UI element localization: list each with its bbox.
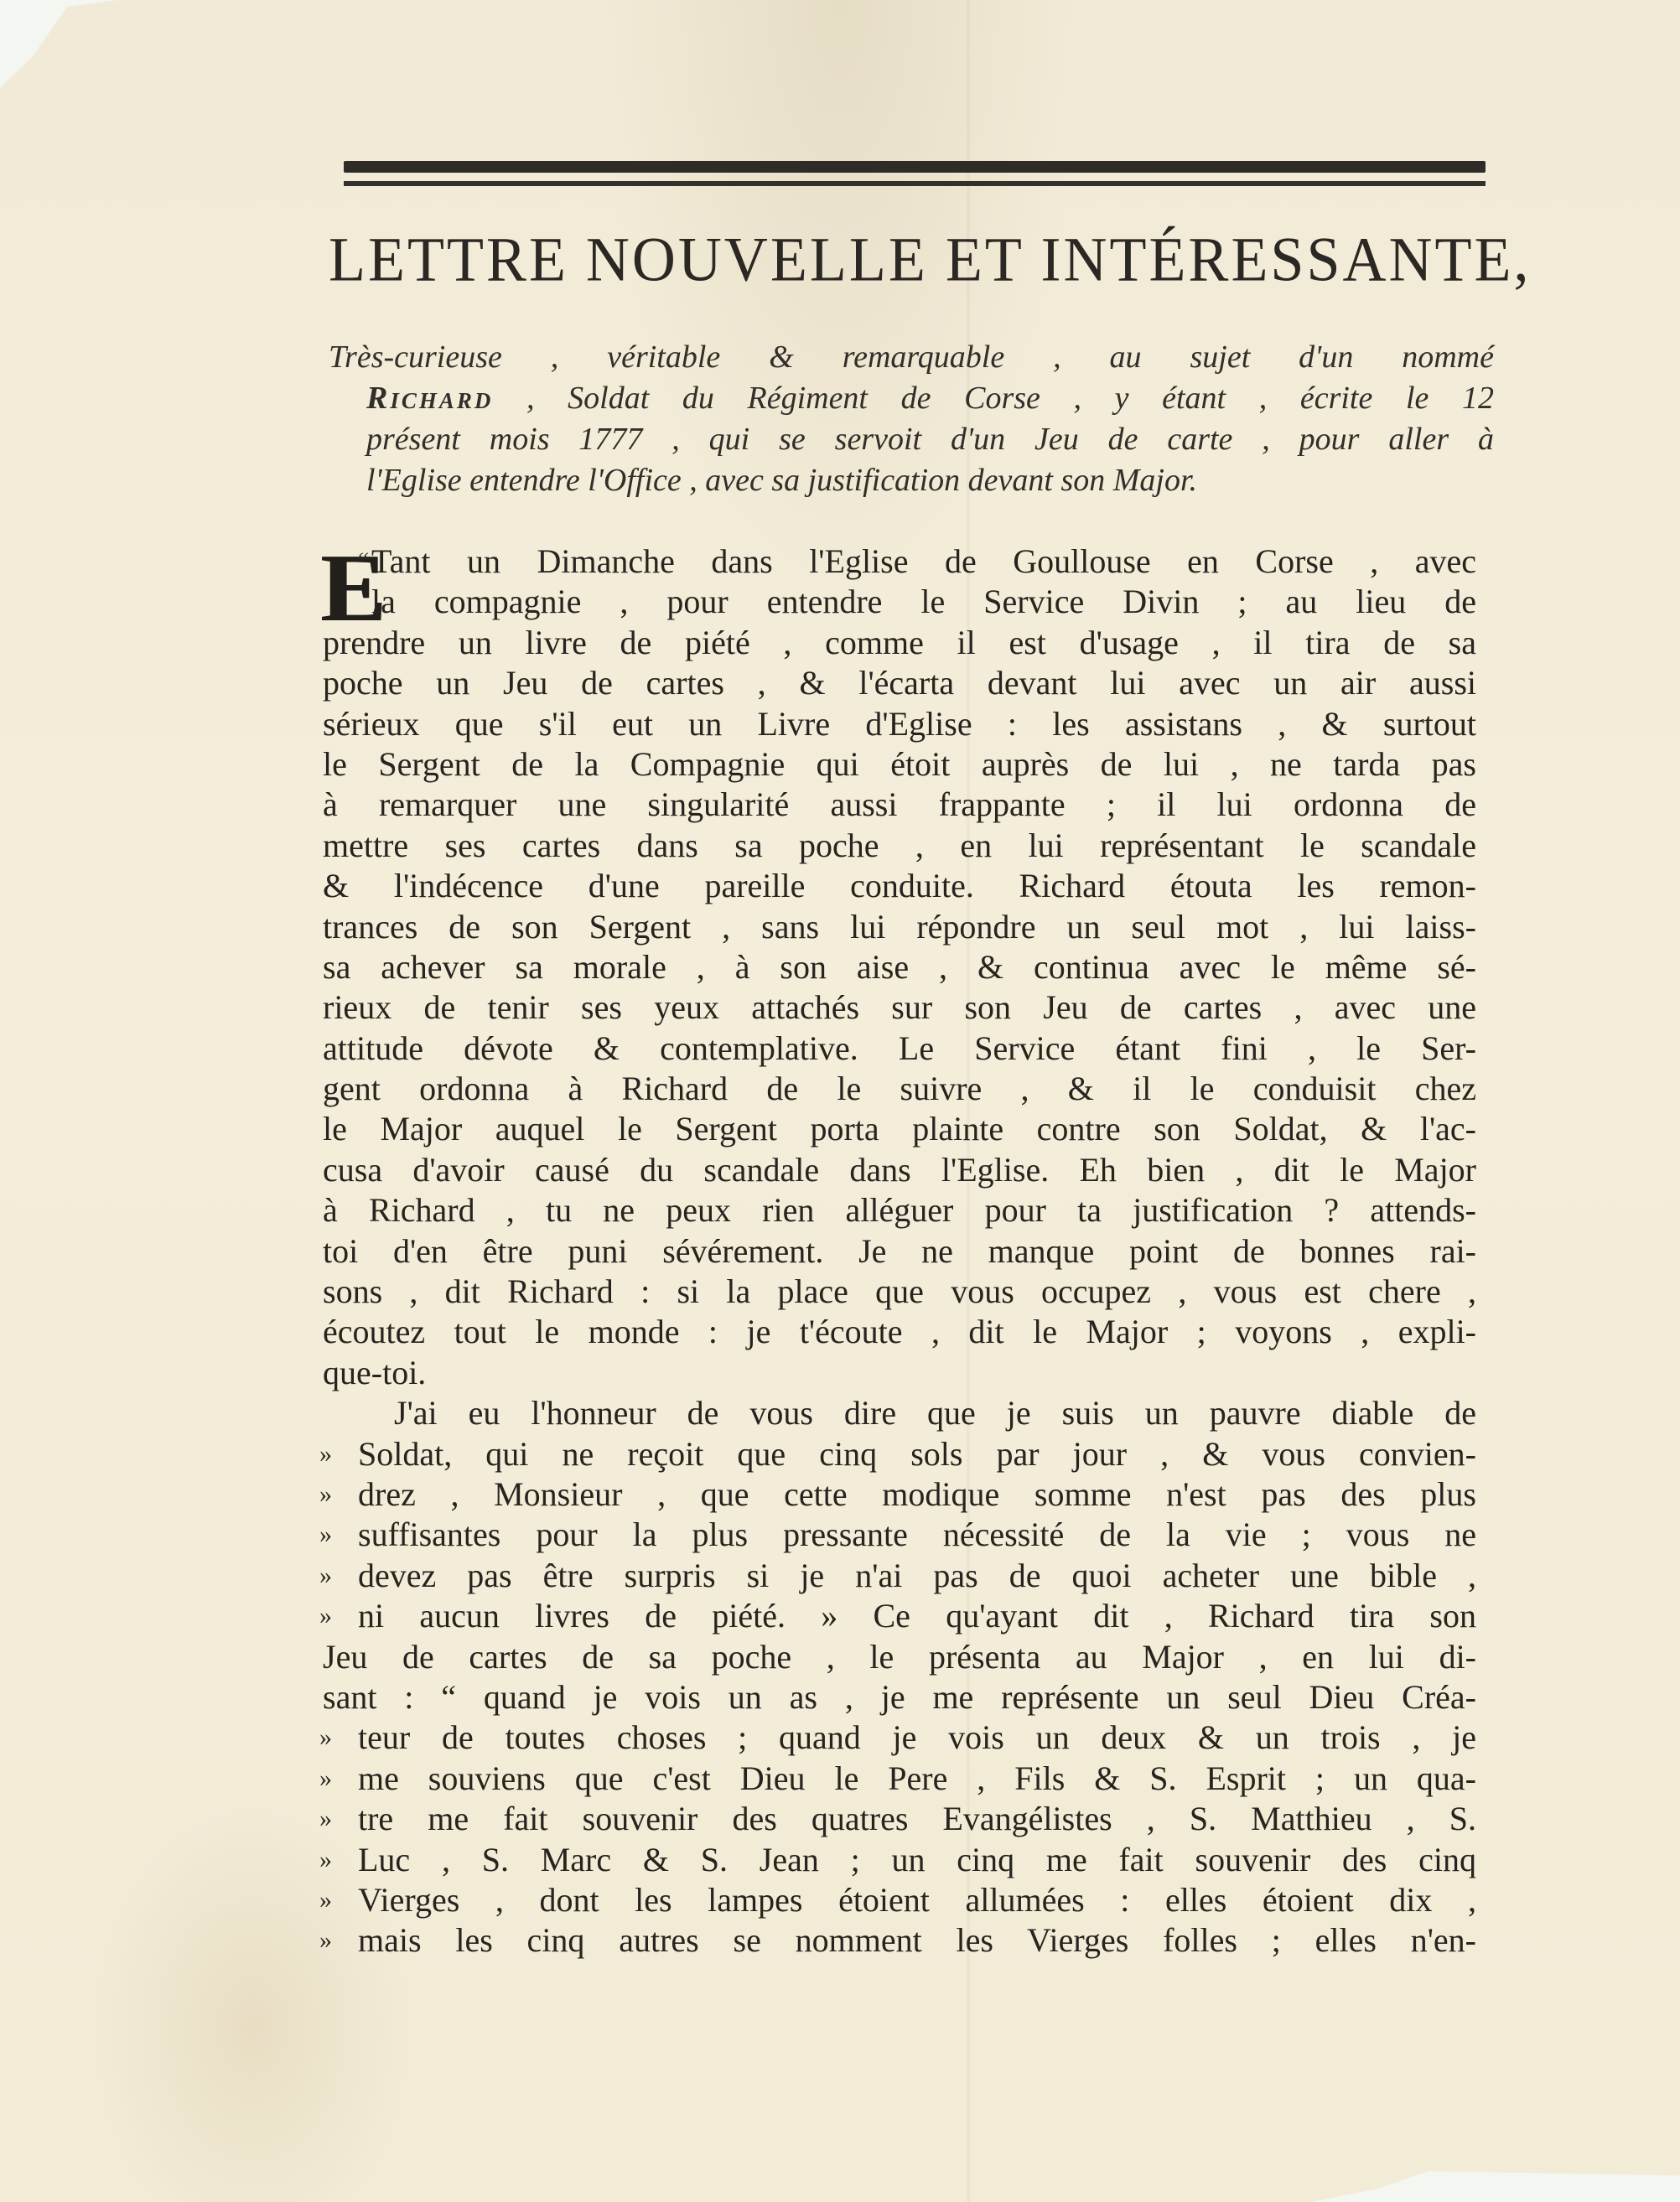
- body-line-text: sons , dit Richard : si la place que vou…: [323, 1272, 1476, 1310]
- subtitle-line: Très-curieuse , véritable & remarquable …: [329, 337, 1494, 378]
- body-text-line: gent ordonna à Richard de le suivre , & …: [323, 1069, 1476, 1109]
- body-line-text: mettre ses cartes dans sa poche , en lui…: [323, 826, 1476, 864]
- body-text-line: écoutez tout le monde : je t'écoute , di…: [323, 1312, 1476, 1352]
- quote-mark: »: [319, 1718, 332, 1758]
- body-text-line: »suffisantes pour la plus pressante néce…: [323, 1515, 1476, 1555]
- body-text-line: »Soldat, qui ne reçoit que cinq sols par…: [323, 1434, 1476, 1474]
- body-text-line: attitude dévote & contemplative. Le Serv…: [323, 1028, 1476, 1069]
- body-text-line: poche un Jeu de cartes , & l'écarta deva…: [323, 663, 1476, 703]
- body-text-line: »tre me fait souvenir des quatres Evangé…: [323, 1799, 1476, 1839]
- body-line-text: le Sergent de la Compagnie qui étoit aup…: [323, 745, 1476, 783]
- body-text-line: toi d'en être puni sévérement. Je ne man…: [323, 1231, 1476, 1272]
- body-text-line: »drez , Monsieur , que cette modique som…: [323, 1474, 1476, 1515]
- document-subtitle: Très-curieuse , véritable & remarquable …: [329, 337, 1494, 501]
- body-text-line: mettre ses cartes dans sa poche , en lui…: [323, 826, 1476, 866]
- body-line-text: Vierges , dont les lampes étoient allumé…: [358, 1881, 1476, 1919]
- body-line-text: sérieux que s'il eut un Livre d'Eglise :…: [323, 705, 1476, 743]
- body-text-line: que-toi.: [323, 1353, 1476, 1393]
- body-text-line: rieux de tenir ses yeux attachés sur son…: [323, 987, 1476, 1028]
- body-text-line: la compagnie , pour entendre le Service …: [323, 582, 1476, 622]
- subtitle-line-text: , Soldat du Régiment de Corse , y étant …: [493, 381, 1494, 416]
- quote-mark: “: [358, 541, 369, 582]
- body-text-line: & l'indécence d'une pareille conduite. R…: [323, 866, 1476, 906]
- body-text-line: Tant un Dimanche dans l'Eglise de Goullo…: [323, 541, 1476, 582]
- body-line-text: poche un Jeu de cartes , & l'écarta deva…: [323, 664, 1476, 702]
- body-line-text: le Major auquel le Sergent porta plainte…: [323, 1110, 1476, 1148]
- document-body: Tant un Dimanche dans l'Eglise de Goullo…: [323, 541, 1476, 1961]
- document-title: LETTRE NOUVELLE ET INTÉRESSANTE,: [329, 223, 1502, 296]
- body-text-line: »ni aucun livres de piété. » Ce qu'ayant…: [323, 1596, 1476, 1636]
- quote-mark: »: [319, 1840, 332, 1880]
- body-line-text: gent ordonna à Richard de le suivre , & …: [323, 1070, 1476, 1107]
- body-line-text: Luc , S. Marc & S. Jean ; un cinq me fai…: [358, 1841, 1476, 1878]
- body-line-text: J'ai eu l'honneur de vous dire que je su…: [394, 1394, 1476, 1432]
- quote-mark: »: [319, 1799, 332, 1839]
- body-line-text: Tant un Dimanche dans l'Eglise de Goullo…: [371, 542, 1476, 580]
- body-line-text: suffisantes pour la plus pressante néces…: [358, 1515, 1476, 1553]
- body-line-text: Jeu de cartes de sa poche , le présenta …: [323, 1638, 1476, 1676]
- body-text-line: sons , dit Richard : si la place que vou…: [323, 1272, 1476, 1312]
- body-line-text: à remarquer une singularité aussi frappa…: [323, 785, 1476, 823]
- name-richard-smallcaps: Richard: [366, 381, 493, 416]
- body-line-text: sa achever sa morale , à son aise , & co…: [323, 948, 1476, 986]
- header-rule-thin: [344, 181, 1486, 186]
- body-text-line: “J'ai eu l'honneur de vous dire que je s…: [323, 1393, 1476, 1433]
- body-text-line: cusa d'avoir causé du scandale dans l'Eg…: [323, 1150, 1476, 1190]
- quote-mark: »: [319, 1515, 332, 1555]
- body-line-text: attitude dévote & contemplative. Le Serv…: [323, 1029, 1476, 1067]
- body-text-line: à Richard , tu ne peux rien alléguer pou…: [323, 1190, 1476, 1231]
- body-text-line: »me souviens que c'est Dieu le Pere , Fi…: [323, 1759, 1476, 1799]
- body-text-line: »devez pas être surpris si je n'ai pas d…: [323, 1556, 1476, 1596]
- body-line-text: cusa d'avoir causé du scandale dans l'Eg…: [323, 1151, 1476, 1189]
- quote-mark: »: [319, 1920, 332, 1961]
- subtitle-line: l'Eglise entendre l'Office , avec sa jus…: [329, 460, 1494, 501]
- body-text-line: sant : “ quand je vois un as , je me rep…: [323, 1677, 1476, 1718]
- quote-mark: »: [319, 1596, 332, 1636]
- body-text-line: sérieux que s'il eut un Livre d'Eglise :…: [323, 704, 1476, 744]
- quote-mark: »: [319, 1434, 332, 1474]
- body-line-text: toi d'en être puni sévérement. Je ne man…: [323, 1232, 1476, 1270]
- body-text-line: Jeu de cartes de sa poche , le présenta …: [323, 1637, 1476, 1677]
- body-text-line: trances de son Sergent , sans lui répond…: [323, 907, 1476, 947]
- body-text-line: sa achever sa morale , à son aise , & co…: [323, 947, 1476, 987]
- body-text-line: »Vierges , dont les lampes étoient allum…: [323, 1880, 1476, 1920]
- body-text-line: le Sergent de la Compagnie qui étoit aup…: [323, 744, 1476, 785]
- quote-mark: »: [319, 1880, 332, 1920]
- body-line-text: à Richard , tu ne peux rien alléguer pou…: [323, 1191, 1476, 1229]
- subtitle-line: Richard , Soldat du Régiment de Corse , …: [329, 378, 1494, 419]
- body-line-text: ni aucun livres de piété. » Ce qu'ayant …: [358, 1597, 1476, 1635]
- body-line-text: & l'indécence d'une pareille conduite. R…: [323, 867, 1476, 904]
- body-line-text: teur de toutes choses ; quand je vois un…: [358, 1718, 1476, 1756]
- body-line-text: que-toi.: [323, 1354, 426, 1391]
- header-rule-thick: [344, 161, 1486, 173]
- body-line-text: prendre un livre de piété , comme il est…: [323, 624, 1476, 661]
- body-text-line: »teur de toutes choses ; quand je vois u…: [323, 1718, 1476, 1758]
- body-line-text: mais les cinq autres se nomment les Vier…: [358, 1921, 1476, 1959]
- body-line-text: Soldat, qui ne reçoit que cinq sols par …: [358, 1435, 1476, 1473]
- body-text-line: »Luc , S. Marc & S. Jean ; un cinq me fa…: [323, 1840, 1476, 1880]
- body-line-text: sant : “ quand je vois un as , je me rep…: [323, 1678, 1476, 1716]
- body-text-line: à remarquer une singularité aussi frappa…: [323, 785, 1476, 825]
- body-line-text: trances de son Sergent , sans lui répond…: [323, 908, 1476, 946]
- quote-mark: »: [319, 1556, 332, 1596]
- body-text-line: prendre un livre de piété , comme il est…: [323, 623, 1476, 663]
- body-line-text: me souviens que c'est Dieu le Pere , Fil…: [358, 1759, 1476, 1797]
- body-text-line: le Major auquel le Sergent porta plainte…: [323, 1109, 1476, 1149]
- body-text-line: »mais les cinq autres se nomment les Vie…: [323, 1920, 1476, 1961]
- body-line-text: devez pas être surpris si je n'ai pas de…: [358, 1557, 1476, 1594]
- body-line-text: rieux de tenir ses yeux attachés sur son…: [323, 988, 1476, 1026]
- quote-mark: »: [319, 1759, 332, 1799]
- quote-mark: »: [319, 1474, 332, 1515]
- body-line-text: drez , Monsieur , que cette modique somm…: [358, 1475, 1476, 1513]
- body-line-text: écoutez tout le monde : je t'écoute , di…: [323, 1313, 1476, 1350]
- subtitle-line: présent mois 1777 , qui se servoit d'un …: [329, 419, 1494, 460]
- body-line-text: tre me fait souvenir des quatres Evangél…: [358, 1800, 1476, 1837]
- body-line-text: la compagnie , pour entendre le Service …: [371, 583, 1476, 620]
